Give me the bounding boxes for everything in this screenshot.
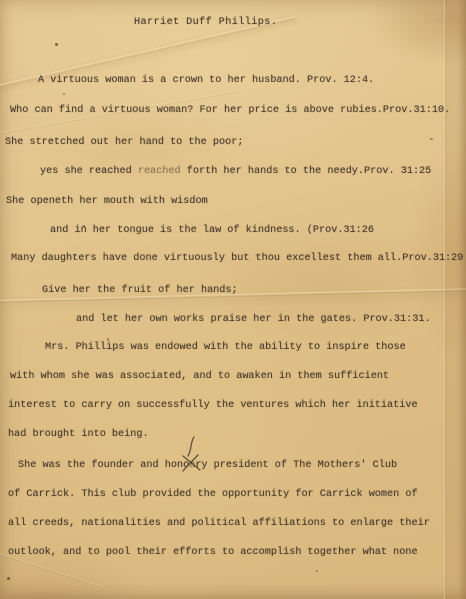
paper-speck bbox=[7, 577, 10, 580]
document-title: Harriet Duff Phillips. bbox=[134, 16, 277, 29]
line-text-after: forth her hands to the needy.Prov. 31:25 bbox=[181, 166, 432, 177]
typewritten-line: Give her the fruit of her hands; bbox=[42, 284, 238, 297]
typewritten-line: had brought into being. bbox=[8, 428, 149, 441]
typewritten-line: outlook, and to pool their efforts to ac… bbox=[8, 546, 418, 559]
paper-speck bbox=[55, 43, 58, 46]
typewritten-line: interest to carry on successfully the ve… bbox=[8, 399, 418, 412]
paper-speck bbox=[316, 570, 318, 572]
aged-paper-document: Harriet Duff Phillips. A virtuous woman … bbox=[0, 0, 466, 599]
overstruck-letter: a bbox=[189, 460, 195, 471]
line-text-before: She was the founder and hono bbox=[18, 460, 189, 471]
paper-edge-shading-right bbox=[446, 0, 466, 599]
corrected-letter-wrap: a bbox=[189, 459, 195, 472]
typewritten-line: A virtuous woman is a crown to her husba… bbox=[38, 74, 374, 87]
line-text-before: yes she reached bbox=[40, 166, 138, 177]
typewritten-line-with-retyped-word: yes she reached reached forth her hands … bbox=[40, 165, 431, 178]
typewritten-line: She stretched out her hand to the poor; bbox=[5, 136, 243, 149]
typewritten-line: all creeds, nationalities and political … bbox=[8, 517, 430, 530]
typewritten-line: Mrs. Phillips was endowed with the abili… bbox=[45, 341, 406, 354]
typewritten-line: of Carrick. This club provided the oppor… bbox=[8, 488, 418, 501]
paper-speck bbox=[430, 138, 433, 140]
typewritten-line: Many daughters have done virtuously but … bbox=[11, 252, 463, 265]
typewritten-line-with-pen-correction: She was the founder and honoary presiden… bbox=[18, 459, 397, 472]
faded-retyped-word: reached bbox=[138, 166, 181, 177]
paper-fold-vertical-right bbox=[444, 0, 446, 599]
paper-speck bbox=[63, 93, 65, 95]
typewritten-line: She openeth her mouth with wisdom bbox=[6, 195, 208, 208]
typewritten-line: and in her tongue is the law of kindness… bbox=[50, 224, 374, 237]
typewritten-line: with whom she was associated, and to awa… bbox=[10, 370, 389, 383]
typewritten-line: Who can find a virtuous woman? For her p… bbox=[10, 104, 450, 117]
typewritten-line: and let her own works praise her in the … bbox=[76, 313, 431, 326]
line-text-after: ry president of The Mothers' Club bbox=[195, 460, 397, 471]
